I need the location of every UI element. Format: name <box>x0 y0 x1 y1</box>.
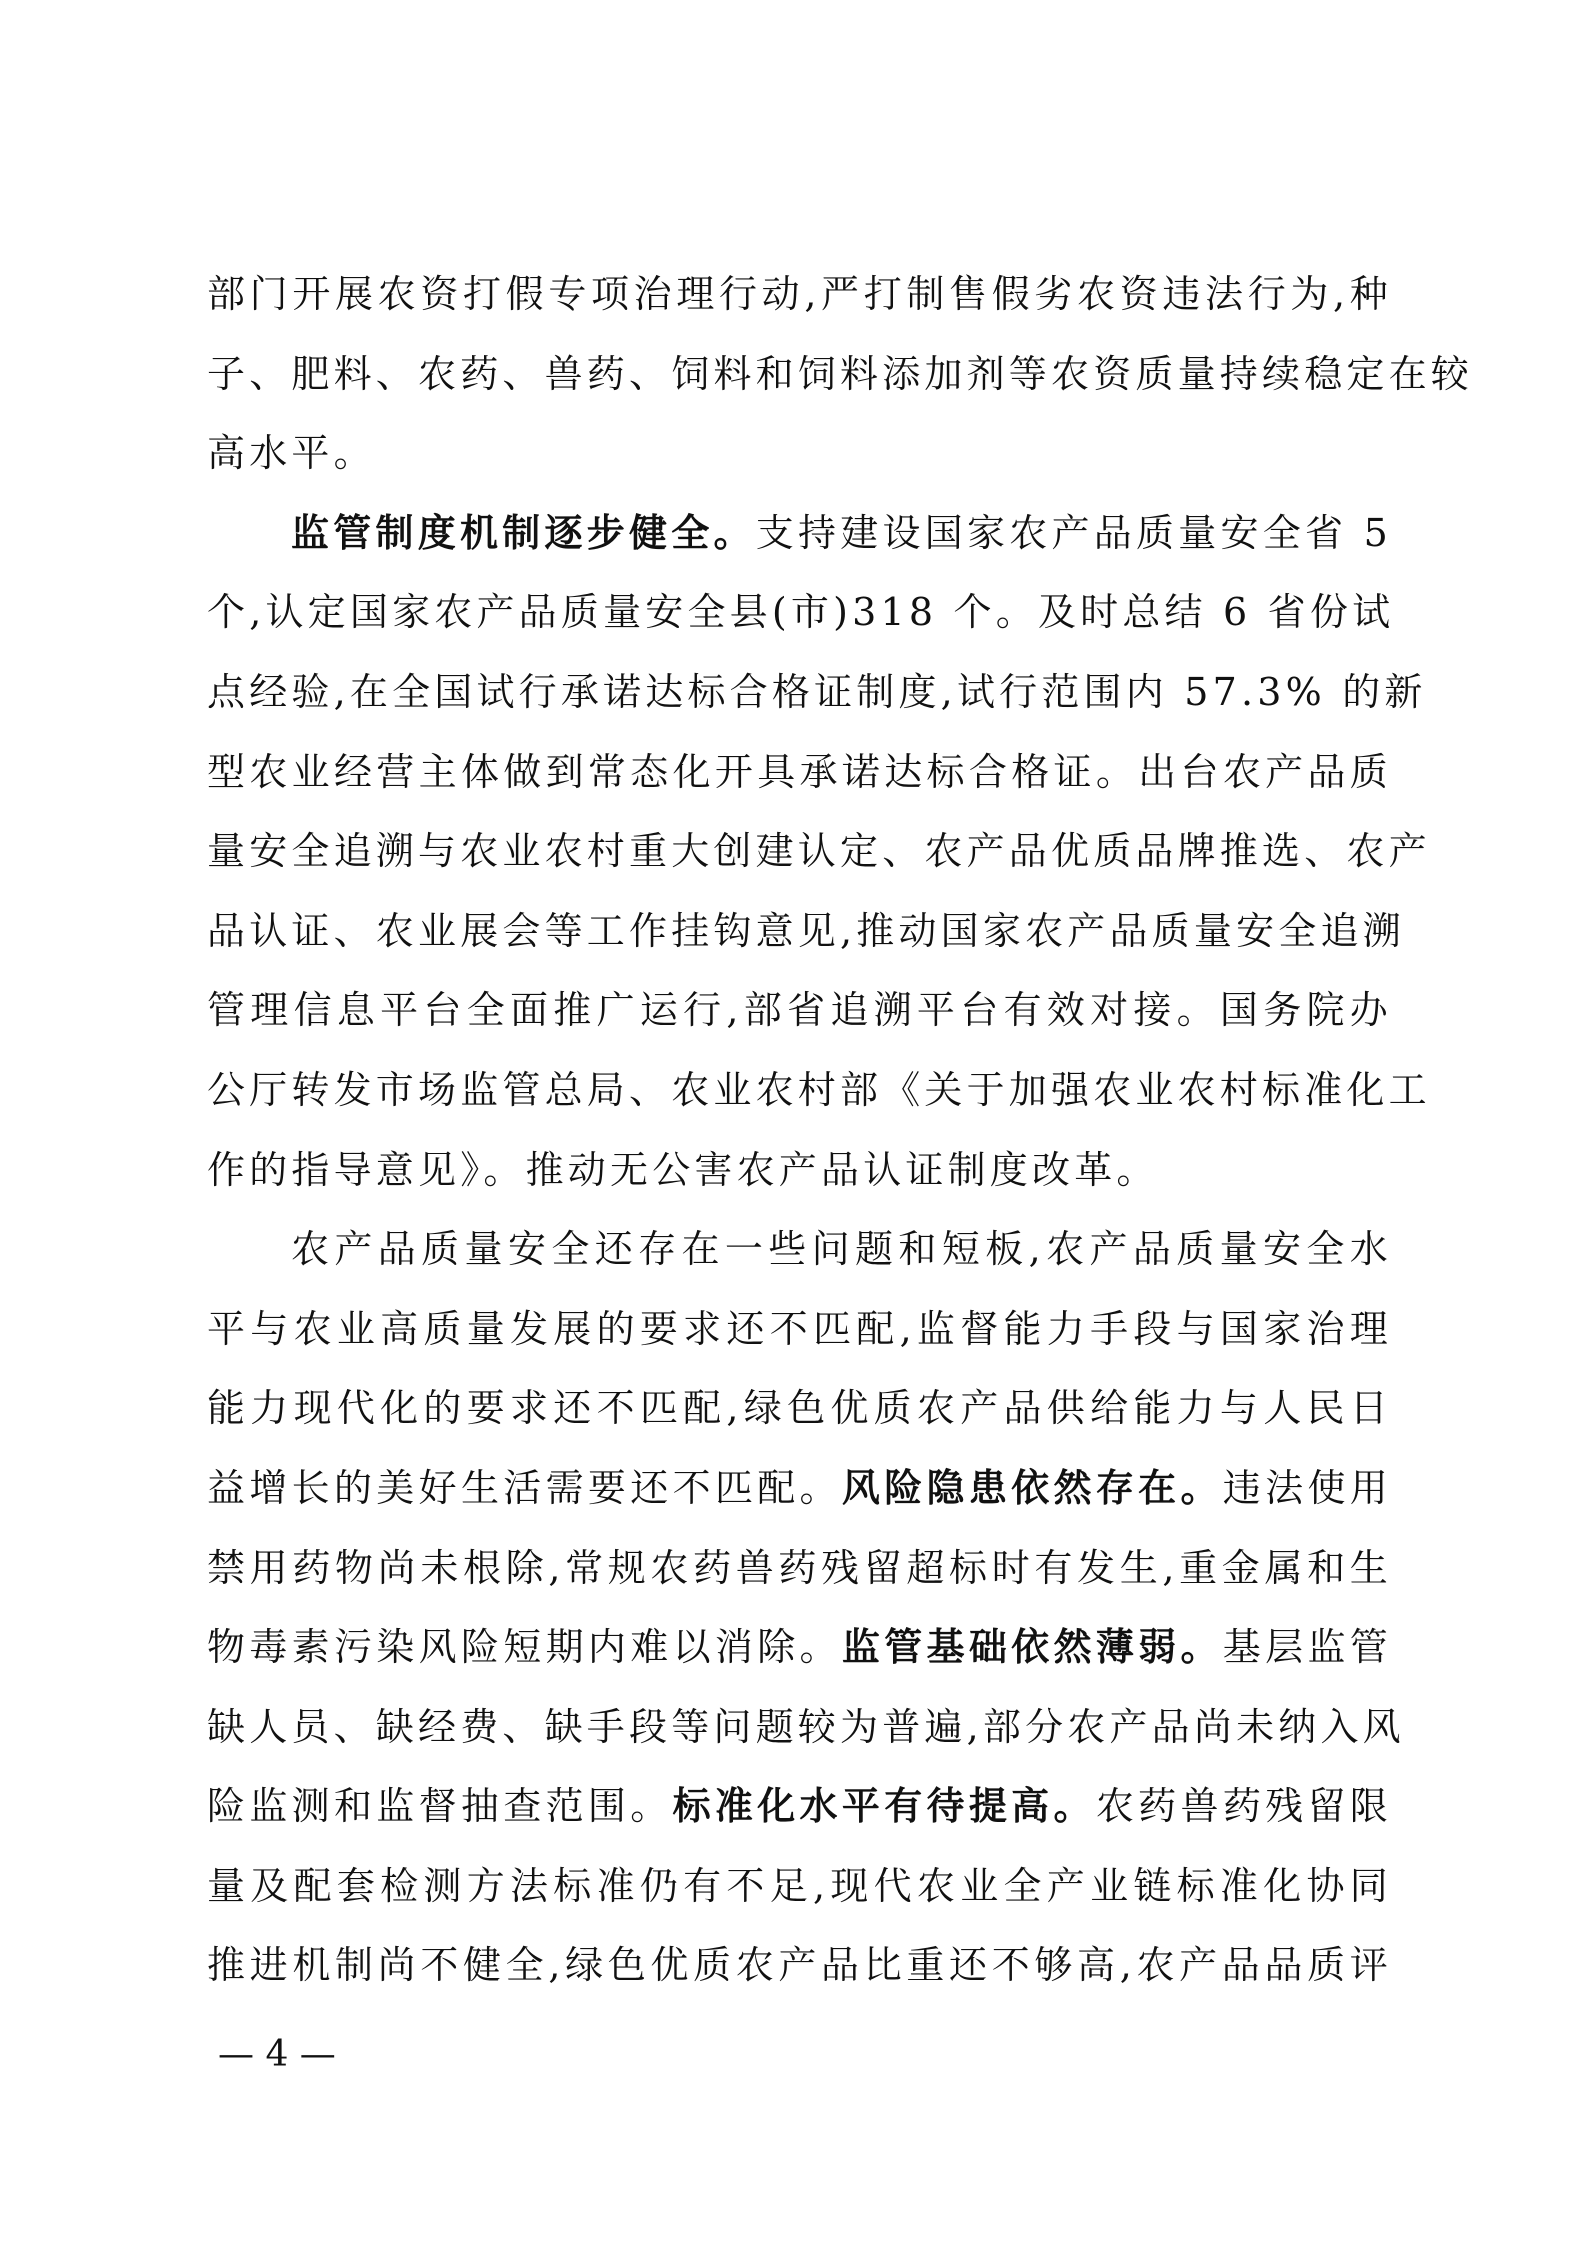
page-number: — 4 — <box>218 2034 336 2075</box>
text-line: 平与农业高质量发展的要求还不匹配,监督能力手段与国家治理 <box>207 1290 1392 1370</box>
text-line: 品认证、农业展会等工作挂钩意见,推动国家农产品质量安全追溯 <box>207 892 1392 972</box>
bold-heading: 监管基础依然薄弱。 <box>842 1625 1223 1669</box>
text-line: 部门开展农资打假专项治理行动,严打制售假劣农资违法行为,种 <box>207 255 1392 335</box>
text-line: 管理信息平台全面推广运行,部省追溯平台有效对接。国务院办 <box>207 971 1392 1051</box>
paragraph-supervision-system: 监管制度机制逐步健全。支持建设国家农产品质量安全省 5 个,认定国家农产品质量安… <box>207 494 1392 1210</box>
text-line: 益增长的美好生活需要还不匹配。风险隐患依然存在。违法使用 <box>207 1449 1392 1529</box>
paragraph-problems: 农产品质量安全还存在一些问题和短板,农产品质量安全水 平与农业高质量发展的要求还… <box>207 1210 1392 2006</box>
text-line: 量及配套检测方法标准仍有不足,现代农业全产业链标准化协同 <box>207 1847 1392 1927</box>
text-line: 禁用药物尚未根除,常规农药兽药残留超标时有发生,重金属和生 <box>207 1529 1392 1609</box>
document-body: 部门开展农资打假专项治理行动,严打制售假劣农资违法行为,种 子、肥料、农药、兽药… <box>207 255 1392 2006</box>
text-line: 公厅转发市场监管总局、农业农村部《关于加强农业农村标准化工 <box>207 1051 1392 1131</box>
paragraph-continuation: 部门开展农资打假专项治理行动,严打制售假劣农资违法行为,种 子、肥料、农药、兽药… <box>207 255 1392 494</box>
text-line: 推进机制尚不健全,绿色优质农产品比重还不够高,农产品品质评 <box>207 1926 1392 2006</box>
text-line: 点经验,在全国试行承诺达标合格证制度,试行范围内 57.3% 的新 <box>207 653 1392 733</box>
text-line: 量安全追溯与农业农村重大创建认定、农产品优质品牌推选、农产 <box>207 812 1392 892</box>
bold-heading: 监管制度机制逐步健全。 <box>291 511 756 555</box>
text-line: 监管制度机制逐步健全。支持建设国家农产品质量安全省 5 <box>207 494 1392 574</box>
text-line: 作的指导意见》。推动无公害农产品认证制度改革。 <box>207 1131 1392 1211</box>
text-line: 农产品质量安全还存在一些问题和短板,农产品质量安全水 <box>207 1210 1392 1290</box>
text-line: 个,认定国家农产品质量安全县(市)318 个。及时总结 6 省份试 <box>207 573 1392 653</box>
text-line: 型农业经营主体做到常态化开具承诺达标合格证。出台农产品质 <box>207 733 1392 813</box>
text-line: 子、肥料、农药、兽药、饲料和饲料添加剂等农资质量持续稳定在较 <box>207 335 1392 415</box>
bold-heading: 标准化水平有待提高。 <box>673 1784 1096 1828</box>
text-line: 物毒素污染风险短期内难以消除。监管基础依然薄弱。基层监管 <box>207 1608 1392 1688</box>
text-line: 险监测和监督抽查范围。标准化水平有待提高。农药兽药残留限 <box>207 1767 1392 1847</box>
bold-heading: 风险隐患依然存在。 <box>842 1466 1223 1510</box>
text-line: 高水平。 <box>207 414 1392 494</box>
text-line: 缺人员、缺经费、缺手段等问题较为普遍,部分农产品尚未纳入风 <box>207 1688 1392 1768</box>
text-line: 能力现代化的要求还不匹配,绿色优质农产品供给能力与人民日 <box>207 1369 1392 1449</box>
